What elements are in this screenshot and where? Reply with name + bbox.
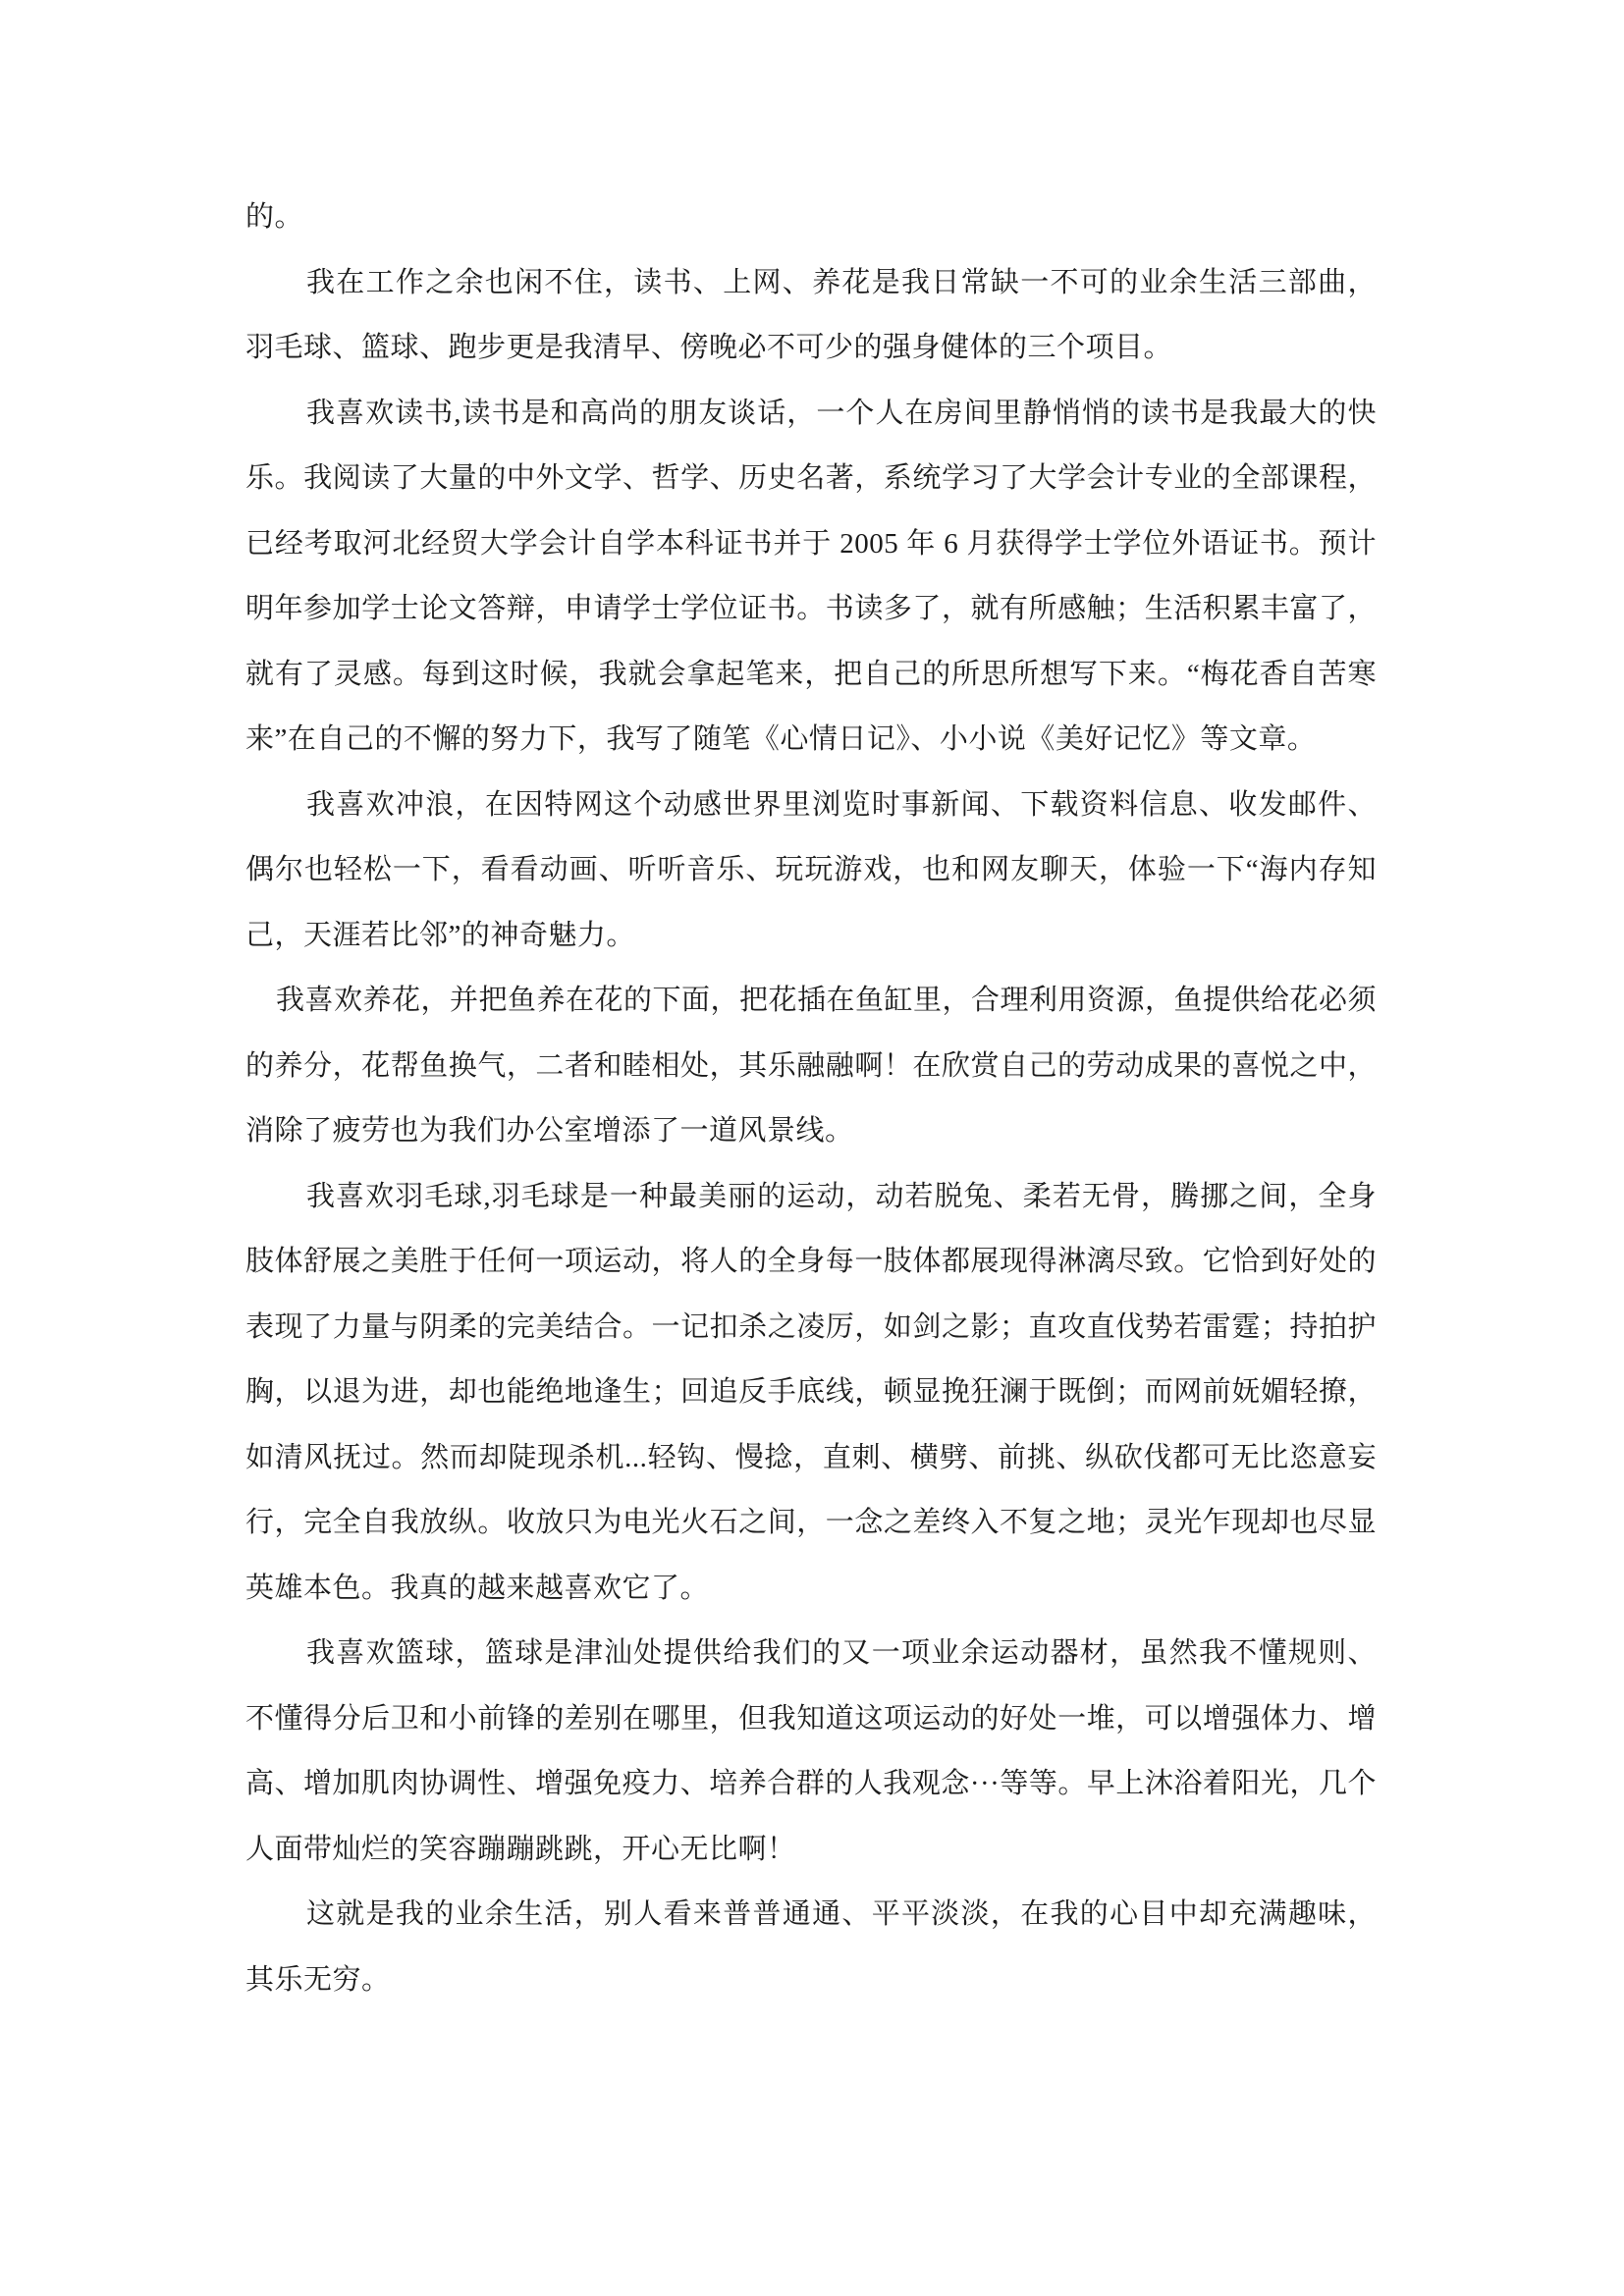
paragraph-internet-surfing: 我喜欢冲浪，在因特网这个动感世界里浏览时事新闻、下载资料信息、收发邮件、偶尔也轻… [245, 773, 1377, 969]
paragraph-continuation: 的。 [245, 185, 1377, 250]
document-text-block: 的。 我在工作之余也闲不住，读书、上网、养花是我日常缺一不可的业余生活三部曲，羽… [245, 185, 1377, 2012]
document-page: 的。 我在工作之余也闲不住，读书、上网、养花是我日常缺一不可的业余生活三部曲，羽… [0, 0, 1624, 2296]
paragraph-basketball: 我喜欢篮球，篮球是津汕处提供给我们的又一项业余运动器材，虽然我不懂规则、不懂得分… [245, 1621, 1377, 1882]
paragraph-badminton: 我喜欢羽毛球,羽毛球是一种最美丽的运动，动若脱兔、柔若无骨，腾挪之间，全身肢体舒… [245, 1164, 1377, 1622]
paragraph-hobbies-intro: 我在工作之余也闲不住，读书、上网、养花是我日常缺一不可的业余生活三部曲，羽毛球、… [245, 250, 1377, 381]
paragraph-reading: 我喜欢读书,读书是和高尚的朋友谈话，一个人在房间里静悄悄的读书是我最大的快乐。我… [245, 381, 1377, 773]
paragraph-gardening: 我喜欢养花，并把鱼养在花的下面，把花插在鱼缸里，合理利用资源，鱼提供给花必须的养… [245, 968, 1377, 1164]
paragraph-conclusion: 这就是我的业余生活，别人看来普普通通、平平淡淡，在我的心目中却充满趣味，其乐无穷… [245, 1882, 1377, 2012]
